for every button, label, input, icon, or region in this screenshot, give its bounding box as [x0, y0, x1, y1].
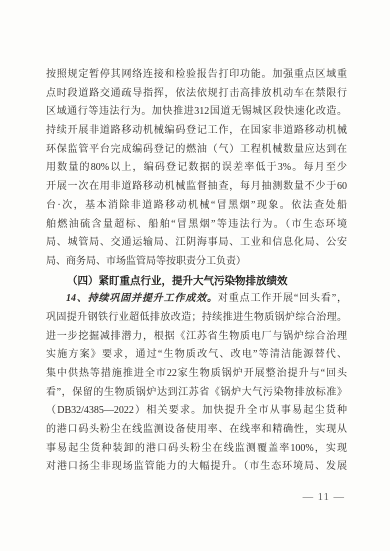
text-line: 进一步挖掘减排潜力，根据《江苏省生物质电厂与锅炉综合治理: [46, 328, 347, 347]
text-line: 区域通行等违法行为。加快推进312国道无锡城区段快速化改造。: [46, 103, 347, 122]
text-line: 持续开展非道路移动机械编码登记工作，在国家非道路移动机械: [46, 122, 347, 141]
section-heading: （四）紧盯重点行业，提升大气污染物排放绩效: [46, 272, 347, 291]
text-line: 对港口扬尘非现场监管能力的大幅提升。（市生态环境局、发展: [46, 458, 347, 477]
clause-lead-emphasis: 14、持续巩固并提升工作成效。: [66, 293, 218, 304]
text-line: 按照规定暂停其网络连接和检验报告打印功能。加强重点区域重: [46, 66, 347, 85]
text-line: 局、城管局、交通运输局、江阴海事局、工业和信息化局、公安: [46, 234, 347, 253]
text-line: 舶燃油硫含量超标、船舶“冒黑烟”等违法行为。（市生态环境: [46, 216, 347, 235]
text-line: 环保监管平台完成编码登记的燃油（气）工程机械数量应达到在: [46, 141, 347, 160]
clause-rest: 对重点工作开展“回头看”，: [218, 293, 347, 304]
text-line: 14、持续巩固并提升工作成效。对重点工作开展“回头看”，: [46, 290, 347, 309]
text-line: 开展一次在用非道路移动机械监督抽查，每月抽测数量不少于60: [46, 178, 347, 197]
text-line: 看”，保留的生物质锅炉达到江苏省《锅炉大气污染物排放标准》: [46, 384, 347, 403]
text-line: 集中供热等措施推进全市22家生物质锅炉开展整治提升与“回头: [46, 365, 347, 384]
text-line: 点时段道路交通疏导指挥，依法依规打击高排放机动车在禁限行: [46, 85, 347, 104]
text-line: 实施方案》要求，通过“生物质改气、改电”等清洁能源替代、: [46, 346, 347, 365]
page-number: — 11 —: [303, 492, 345, 503]
text-line: （DB32/4385—2022）相关要求。加快提升全市从事易起尘货种: [46, 402, 347, 421]
text-line: 巩固提升钢铁行业超低排放改造；持续推进生物质锅炉综合治理。: [46, 309, 347, 328]
page-body-text: 按照规定暂停其网络连接和检验报告打印功能。加强重点区域重 点时段道路交通疏导指挥…: [46, 66, 347, 477]
text-line: 用数量的80%以上，编码登记数据的误差率低于3%。每月至少: [46, 159, 347, 178]
text-line: 局、商务局、市场监管局等按职责分工负责）: [46, 253, 347, 272]
text-line: 的港口码头粉尘在线监测设备使用率、在线率和精确性，实现从: [46, 421, 347, 440]
text-line: 事易起尘货种装卸的港口码头粉尘在线监测覆盖率100%，实现: [46, 440, 347, 459]
text-line: 台·次，基本消除非道路移动机械“冒黑烟”现象。依法查处船: [46, 197, 347, 216]
document-page: 按照规定暂停其网络连接和检验报告打印功能。加强重点区域重 点时段道路交通疏导指挥…: [0, 0, 390, 551]
